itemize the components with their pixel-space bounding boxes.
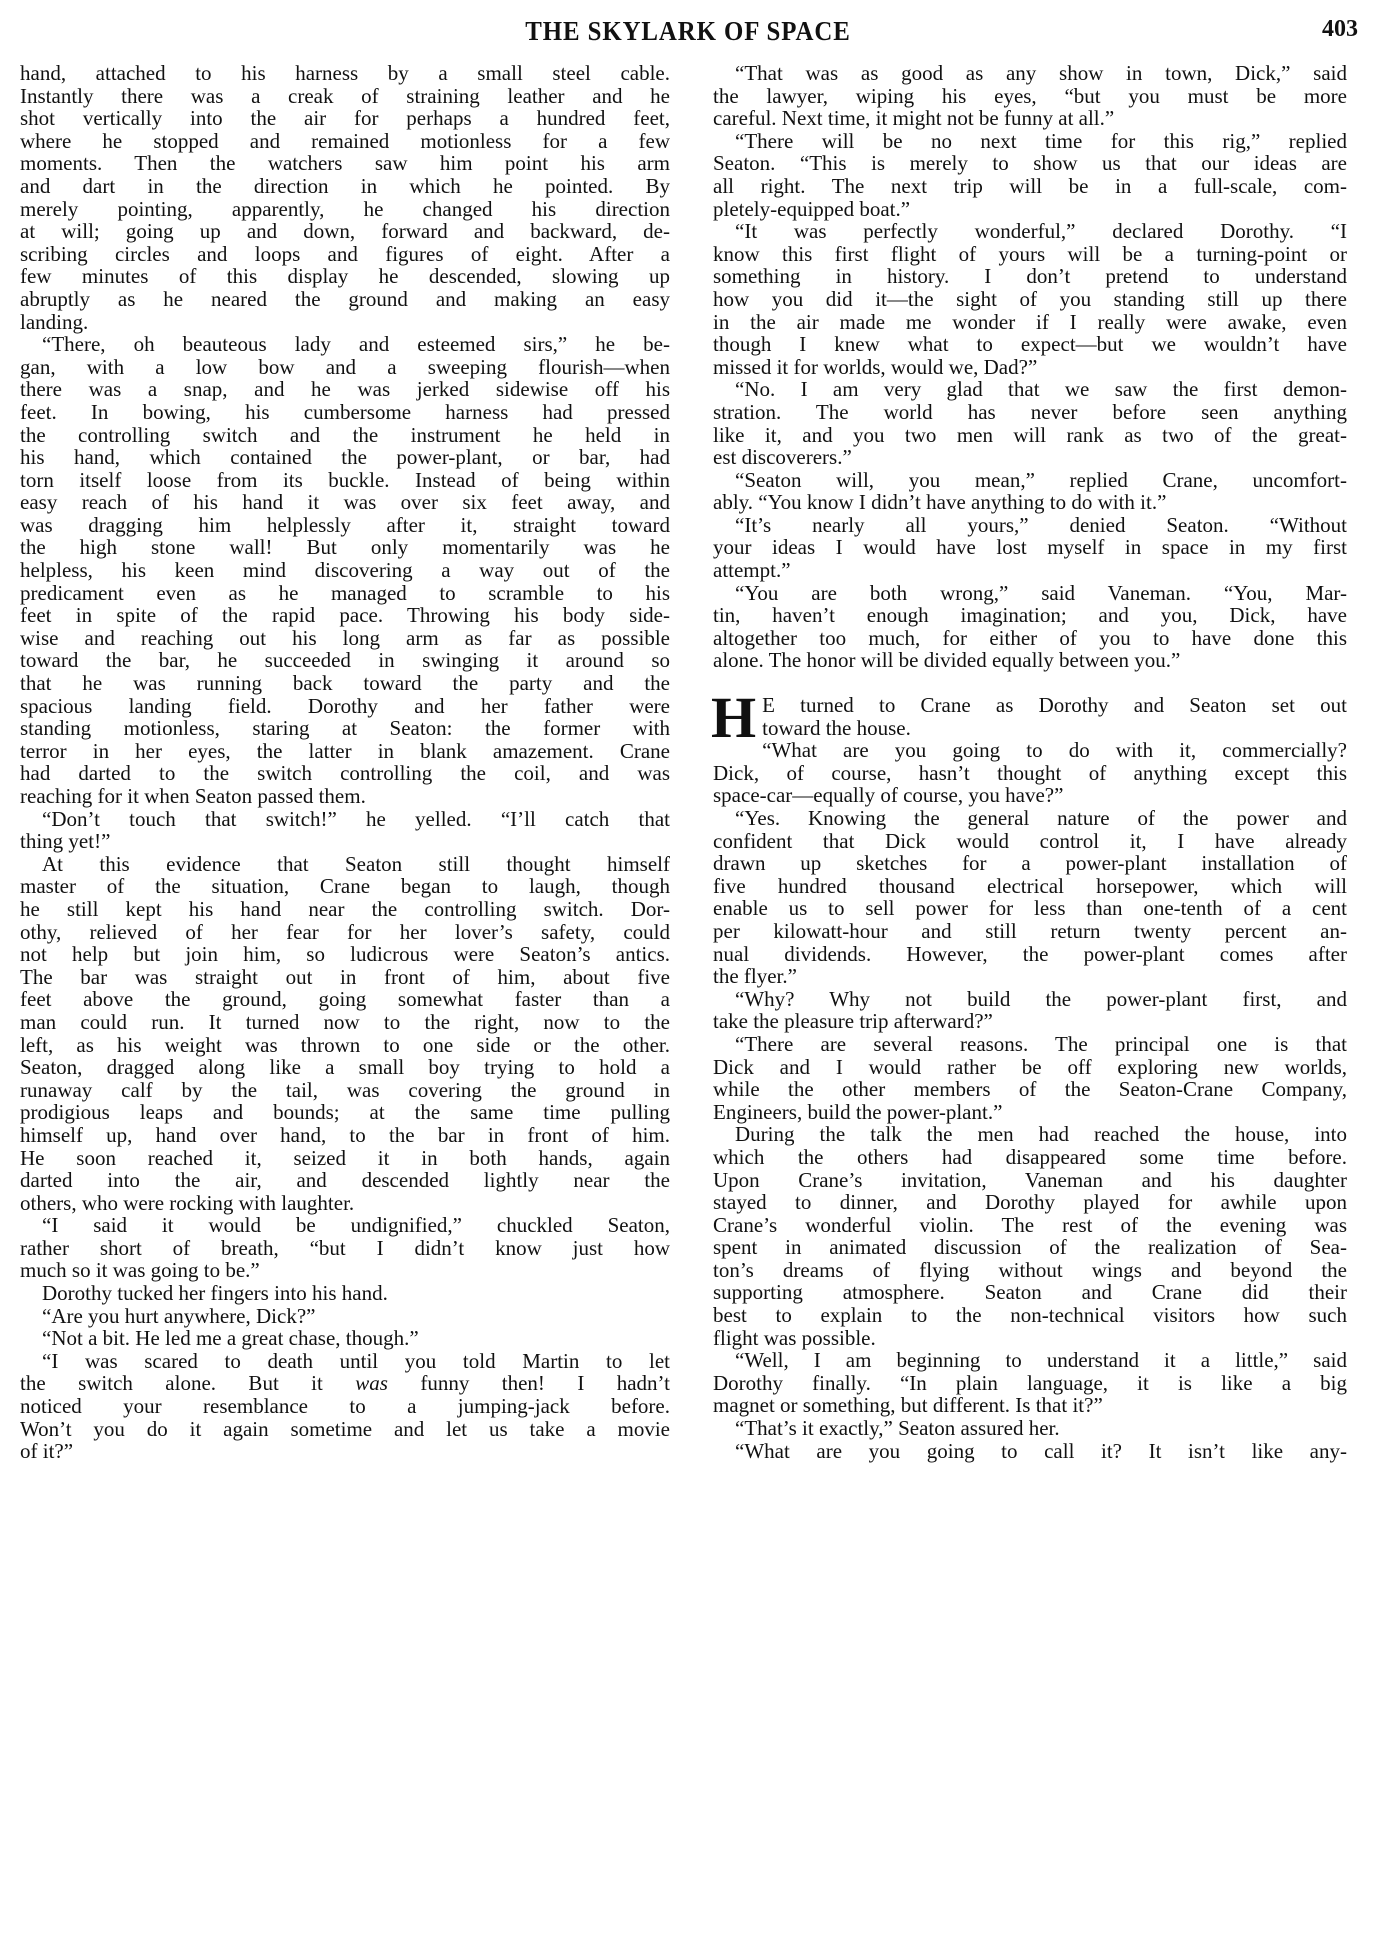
- text-line: noticed your resemblance to a jumping-ja…: [20, 1395, 670, 1418]
- text-line: others, who were rocking with laughter.: [20, 1192, 670, 1215]
- paragraph: “It’s nearly all yours,” denied Seaton. …: [713, 514, 1347, 582]
- text-line: the flyer.”: [713, 965, 1347, 988]
- paragraph: “That’s it exactly,” Seaton assured her.: [713, 1417, 1347, 1440]
- text-line: runaway calf by the tail, was covering t…: [20, 1079, 670, 1102]
- text-line: enable us to sell power for less than on…: [713, 897, 1347, 920]
- text-line: “There, oh beauteous lady and esteemed s…: [20, 333, 670, 356]
- text-line: left, as his weight was thrown to one si…: [20, 1034, 670, 1057]
- text-line: Dorothy tucked her fingers into his hand…: [20, 1282, 670, 1305]
- text-line: of it?”: [20, 1440, 670, 1463]
- text-line: easy reach of his hand it was over six f…: [20, 491, 670, 514]
- text-line: hand, attached to his harness by a small…: [20, 62, 670, 85]
- text-line: “There are several reasons. The principa…: [713, 1033, 1347, 1056]
- text-line: Dick and I would rather be off exploring…: [713, 1056, 1347, 1079]
- text-line: “There will be no next time for this rig…: [713, 130, 1347, 153]
- text-line: at will; going up and down, forward and …: [20, 220, 670, 243]
- paragraph: “Are you hurt anywhere, Dick?”: [20, 1305, 670, 1328]
- text-line: tin, haven’t enough imagination; and you…: [713, 604, 1347, 627]
- text-line: Engineers, build the power-plant.”: [713, 1101, 1347, 1124]
- text-line: gan, with a low bow and a sweeping flour…: [20, 356, 670, 379]
- text-line: He soon reached it, seized it in both ha…: [20, 1147, 670, 1170]
- text-line: altogether too much, for either of you t…: [713, 627, 1347, 650]
- text-line: in the air made me wonder if I really we…: [713, 311, 1347, 334]
- text-line: how you did it—the sight of you standing…: [713, 288, 1347, 311]
- paragraph: “What are you going to call it? It isn’t…: [713, 1440, 1347, 1463]
- text-line: per kilowatt-hour and still return twent…: [713, 920, 1347, 943]
- page-number: 403: [1322, 16, 1358, 43]
- text-line: terror in her eyes, the latter in blank …: [20, 740, 670, 763]
- text-line: Dorothy finally. “In plain language, it …: [713, 1372, 1347, 1395]
- paragraph: “There, oh beauteous lady and esteemed s…: [20, 333, 670, 807]
- text-line: your ideas I would have lost myself in s…: [713, 536, 1347, 559]
- right-column: “That was as good as any show in town, D…: [713, 62, 1347, 1462]
- page-header: THE SKYLARK OF SPACE 403: [0, 12, 1376, 52]
- text-line: prodigious leaps and bounds; at the same…: [20, 1101, 670, 1124]
- text-line: “That’s it exactly,” Seaton assured her.: [713, 1417, 1347, 1440]
- text-line: During the talk the men had reached the …: [713, 1123, 1347, 1146]
- text-line: feet. In bowing, his cumbersome harness …: [20, 401, 670, 424]
- text-line: “Why? Why not build the power-plant firs…: [713, 988, 1347, 1011]
- text-line: “What are you going to call it? It isn’t…: [713, 1440, 1347, 1463]
- text-line: feet in spite of the rapid pace. Throwin…: [20, 604, 670, 627]
- text-line: his hand, which contained the power-plan…: [20, 446, 670, 469]
- text-line: the lawyer, wiping his eyes, “but you mu…: [713, 85, 1347, 108]
- text-line: all right. The next trip will be in a fu…: [713, 175, 1347, 198]
- text-line: missed it for worlds, would we, Dad?”: [713, 356, 1347, 379]
- right-column-section-one: “That was as good as any show in town, D…: [713, 62, 1347, 672]
- text-line: “I said it would be undignified,” chuckl…: [20, 1214, 670, 1237]
- text-line: which the others had disappeared some ti…: [713, 1146, 1347, 1169]
- text-line: est discoverers.”: [713, 446, 1347, 469]
- paragraph: “No. I am very glad that we saw the firs…: [713, 378, 1347, 468]
- text-line: not help but join him, so ludicrous were…: [20, 943, 670, 966]
- text-line: “That was as good as any show in town, D…: [713, 62, 1347, 85]
- paragraph: “There will be no next time for this rig…: [713, 130, 1347, 220]
- text-line: spacious landing field. Dorothy and her …: [20, 695, 670, 718]
- paragraph: “It was perfectly wonderful,” declared D…: [713, 220, 1347, 378]
- text-line: thing yet!”: [20, 830, 670, 853]
- text-line: confident that Dick would control it, I …: [713, 830, 1347, 853]
- text-line: Instantly there was a creak of straining…: [20, 85, 670, 108]
- text-line: the switch alone. But it was funny then!…: [20, 1372, 670, 1395]
- paragraph: During the talk the men had reached the …: [713, 1123, 1347, 1349]
- text-line: though I knew what to expect—but we woul…: [713, 333, 1347, 356]
- paragraph: “Seaton will, you mean,” replied Crane, …: [713, 469, 1347, 514]
- text-line: Seaton, dragged along like a small boy t…: [20, 1056, 670, 1079]
- text-line: torn itself loose from its buckle. Inste…: [20, 469, 670, 492]
- paragraph: “What are you going to do with it, comme…: [713, 739, 1347, 807]
- text-line: he still kept his hand near the controll…: [20, 898, 670, 921]
- text-line: five hundred thousand electrical horsepo…: [713, 875, 1347, 898]
- text-line: master of the situation, Crane began to …: [20, 875, 670, 898]
- text-line: take the pleasure trip afterward?”: [713, 1010, 1347, 1033]
- text-line: attempt.”: [713, 559, 1347, 582]
- paragraph: “There are several reasons. The principa…: [713, 1033, 1347, 1123]
- text-line: man could run. It turned now to the righ…: [20, 1011, 670, 1034]
- paragraph: “Not a bit. He led me a great chase, tho…: [20, 1327, 670, 1350]
- dropcap-line-1: E turned to Crane as Dorothy and Seaton …: [713, 694, 1347, 717]
- paragraph: “Yes. Knowing the general nature of the …: [713, 807, 1347, 988]
- text-line: himself up, hand over hand, to the bar i…: [20, 1124, 670, 1147]
- text-line: “Don’t touch that switch!” he yelled. “I…: [20, 808, 670, 831]
- text-line: that he was running back toward the part…: [20, 672, 670, 695]
- text-line: toward the bar, he succeeded in swinging…: [20, 649, 670, 672]
- text-line: Crane’s wonderful violin. The rest of th…: [713, 1214, 1347, 1237]
- text-line: Dick, of course, hasn’t thought of anyth…: [713, 762, 1347, 785]
- text-line: the controlling switch and the instrumen…: [20, 424, 670, 447]
- text-line: stration. The world has never before see…: [713, 401, 1347, 424]
- text-line: landing.: [20, 311, 670, 334]
- text-line: like it, and you two men will rank as tw…: [713, 424, 1347, 447]
- paragraph: “I said it would be undignified,” chuckl…: [20, 1214, 670, 1282]
- text-line: was dragging him helplessly after it, st…: [20, 514, 670, 537]
- paragraph: “Why? Why not build the power-plant firs…: [713, 988, 1347, 1033]
- paragraph: hand, attached to his harness by a small…: [20, 62, 670, 333]
- text-line: helpless, his keen mind discovering a wa…: [20, 559, 670, 582]
- text-line: “Not a bit. He led me a great chase, tho…: [20, 1327, 670, 1350]
- text-line: had darted to the switch controlling the…: [20, 762, 670, 785]
- text-line: pletely-equipped boat.”: [713, 198, 1347, 221]
- text-line: abruptly as he neared the ground and mak…: [20, 288, 670, 311]
- text-line: Won’t you do it again sometime and let u…: [20, 1418, 670, 1441]
- text-line: “Seaton will, you mean,” replied Crane, …: [713, 469, 1347, 492]
- text-line: the high stone wall! But only momentaril…: [20, 536, 670, 559]
- text-line: careful. Next time, it might not be funn…: [713, 107, 1347, 130]
- text-line: othy, relieved of her fear for her lover…: [20, 921, 670, 944]
- paragraph: Dorothy tucked her fingers into his hand…: [20, 1282, 670, 1305]
- text-line: best to explain to the non-technical vis…: [713, 1304, 1347, 1327]
- text-line: something in history. I don’t pretend to…: [713, 265, 1347, 288]
- text-line: magnet or something, but different. Is t…: [713, 1394, 1347, 1417]
- text-line: flight was possible.: [713, 1327, 1347, 1350]
- text-line: “It was perfectly wonderful,” declared D…: [713, 220, 1347, 243]
- text-line: standing motionless, staring at Seaton: …: [20, 717, 670, 740]
- text-line: nual dividends. However, the power-plant…: [713, 943, 1347, 966]
- section-two-opening: H E turned to Crane as Dorothy and Seato…: [713, 694, 1347, 739]
- text-line: “It’s nearly all yours,” denied Seaton. …: [713, 514, 1347, 537]
- text-line: wise and reaching out his long arm as fa…: [20, 627, 670, 650]
- text-line: At this evidence that Seaton still thoug…: [20, 853, 670, 876]
- running-title: THE SKYLARK OF SPACE: [55, 16, 1321, 47]
- text-line: scribing circles and loops and figures o…: [20, 243, 670, 266]
- text-line: predicament even as he managed to scramb…: [20, 582, 670, 605]
- text-line: darted into the air, and descended light…: [20, 1169, 670, 1192]
- text-line: space-car—equally of course, you have?”: [713, 784, 1347, 807]
- text-line: while the other members of the Seaton-Cr…: [713, 1078, 1347, 1101]
- drop-cap: H: [711, 696, 756, 742]
- text-line: rather short of breath, “but I didn’t kn…: [20, 1237, 670, 1260]
- text-line: much so it was going to be.”: [20, 1259, 670, 1282]
- text-line: “Well, I am beginning to understand it a…: [713, 1349, 1347, 1372]
- text-line: “I was scared to death until you told Ma…: [20, 1350, 670, 1373]
- paragraph: “That was as good as any show in town, D…: [713, 62, 1347, 130]
- left-column: hand, attached to his harness by a small…: [20, 62, 670, 1463]
- text-line: there was a snap, and he was jerked side…: [20, 378, 670, 401]
- text-line: “Yes. Knowing the general nature of the …: [713, 807, 1347, 830]
- text-line: supporting atmosphere. Seaton and Crane …: [713, 1281, 1347, 1304]
- text-line: merely pointing, apparently, he changed …: [20, 198, 670, 221]
- text-line: “What are you going to do with it, comme…: [713, 739, 1347, 762]
- right-column-section-two: “What are you going to do with it, comme…: [713, 739, 1347, 1462]
- text-line: feet above the ground, going somewhat fa…: [20, 988, 670, 1011]
- text-line: “Are you hurt anywhere, Dick?”: [20, 1305, 670, 1328]
- text-line: “No. I am very glad that we saw the firs…: [713, 378, 1347, 401]
- paragraph: “Well, I am beginning to understand it a…: [713, 1349, 1347, 1417]
- text-line: stayed to dinner, and Dorothy played for…: [713, 1191, 1347, 1214]
- text-line: spent in animated discussion of the real…: [713, 1236, 1347, 1259]
- text-line: shot vertically into the air for perhaps…: [20, 107, 670, 130]
- text-line: Seaton. “This is merely to show us that …: [713, 152, 1347, 175]
- dropcap-line-2: toward the house.: [713, 717, 1347, 740]
- text-line: Upon Crane’s invitation, Vaneman and his…: [713, 1169, 1347, 1192]
- text-line: reaching for it when Seaton passed them.: [20, 785, 670, 808]
- paragraph: “I was scared to death until you told Ma…: [20, 1350, 670, 1463]
- paragraph: “Don’t touch that switch!” he yelled. “I…: [20, 808, 670, 853]
- text-line: alone. The honor will be divided equally…: [713, 649, 1347, 672]
- text-line: know this first flight of yours will be …: [713, 243, 1347, 266]
- text-line: moments. Then the watchers saw him point…: [20, 152, 670, 175]
- paragraph: “You are both wrong,” said Vaneman. “You…: [713, 582, 1347, 672]
- text-line: where he stopped and remained motionless…: [20, 130, 670, 153]
- text-line: ably. “You know I didn’t have anything t…: [713, 491, 1347, 514]
- text-line: and dart in the direction in which he po…: [20, 175, 670, 198]
- text-line: “You are both wrong,” said Vaneman. “You…: [713, 582, 1347, 605]
- text-line: drawn up sketches for a power-plant inst…: [713, 852, 1347, 875]
- text-line: The bar was straight out in front of him…: [20, 966, 670, 989]
- section-break: [713, 672, 1347, 694]
- text-line: ton’s dreams of flying without wings and…: [713, 1259, 1347, 1282]
- paragraph: At this evidence that Seaton still thoug…: [20, 853, 670, 1215]
- text-line: few minutes of this display he descended…: [20, 265, 670, 288]
